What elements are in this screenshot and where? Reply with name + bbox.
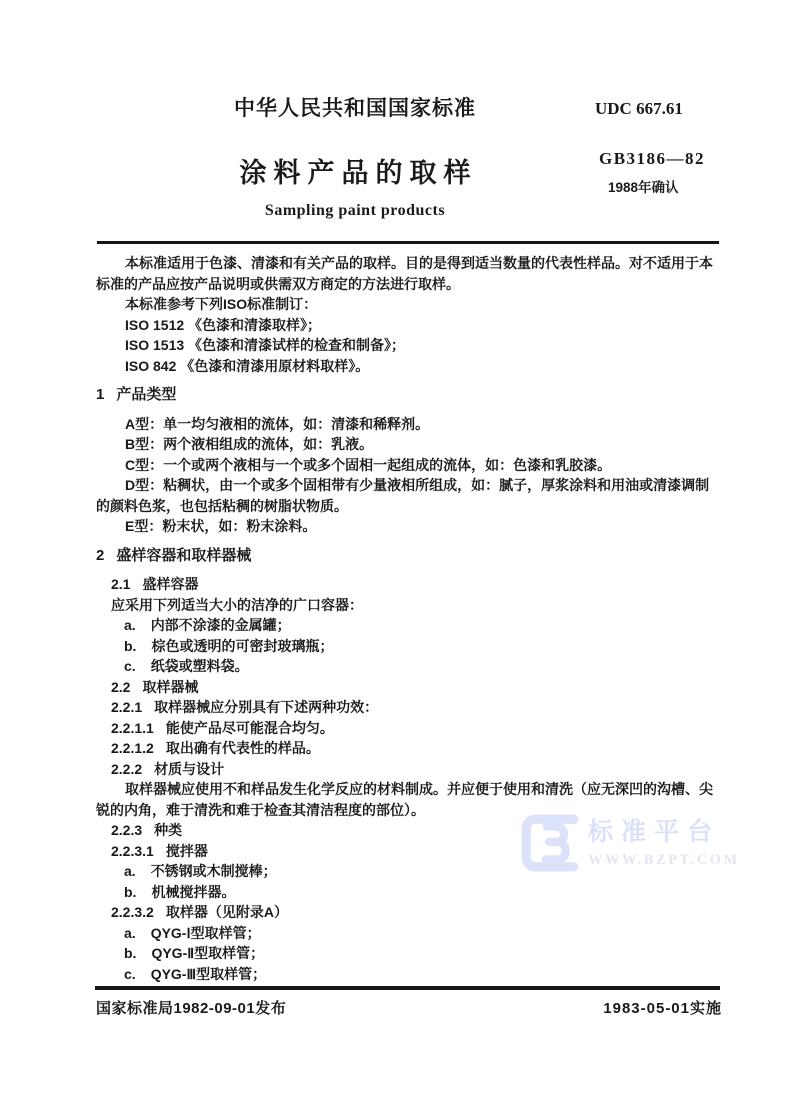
numbered-clause: 2.2.1.2取出确有代表性的样品。	[111, 738, 741, 759]
document-body: 本标准适用于色漆、清漆和有关产品的取样。目的是得到适当数量的代表性样品。对不适用…	[96, 253, 741, 984]
body-line: 本标准适用于色漆、清漆和有关产品的取样。目的是得到适当数量的代表性样品。对不适用…	[125, 253, 741, 274]
national-standard-title: 中华人民共和国国家标准	[130, 92, 580, 122]
document-title: 涂料产品的取样	[130, 151, 580, 190]
list-item: a.内部不涂漆的金属罐；	[124, 615, 741, 636]
body-line: 应采用下列适当大小的洁净的广口容器：	[111, 595, 741, 616]
udc-number: UDC 667.61	[595, 99, 683, 119]
watermark-name: 标准平台	[588, 812, 740, 848]
bzpt-logo-icon	[519, 812, 581, 874]
body-line: C型：一个或两个液相与一个或多个固相一起组成的流体，如：色漆和乳胶漆。	[125, 455, 741, 476]
numbered-clause: 2.2.3.2取样器（见附录A）	[111, 902, 741, 923]
implementation-date: 1983-05-01实施	[603, 997, 722, 1018]
body-line: E型：粉末状，如：粉末涂料。	[125, 516, 741, 537]
list-item: c.纸袋或塑料袋。	[124, 656, 741, 677]
standard-number: GB3186—82	[599, 149, 705, 169]
body-line: A型：单一均匀液相的流体，如：清漆和稀释剂。	[125, 414, 741, 435]
subsection-heading: 2.1盛样容器	[111, 574, 741, 595]
body-line: ISO 842 《色漆和清漆用原材料取样》。	[125, 356, 741, 377]
watermark-text: 标准平台 WWW.BZPT.COM	[588, 812, 740, 869]
section-heading: 1产品类型	[96, 385, 741, 406]
footer-divider	[95, 986, 720, 990]
document-title-english: Sampling paint products	[130, 202, 580, 220]
body-line: 取样器械应使用不和样品发生化学反应的材料制成。并应便于使用和清洗（应无深凹的沟槽…	[125, 779, 741, 800]
body-line: ISO 1512 《色漆和清漆取样》；	[125, 315, 741, 336]
watermark-url: WWW.BZPT.COM	[588, 852, 740, 869]
list-item: b.QYG-Ⅱ型取样管；	[124, 943, 741, 964]
body-line: 标准的产品应按产品说明或供需双方商定的方法进行取样。	[96, 274, 741, 295]
body-line: 的颜料色浆，也包括粘稠的树脂状物质。	[96, 496, 741, 517]
issue-date: 国家标准局1982-09-01发布	[96, 997, 286, 1018]
list-item: c.QYG-Ⅲ型取样管；	[124, 964, 741, 985]
document-page: 中华人民共和国国家标准 涂料产品的取样 Sampling paint produ…	[0, 0, 800, 1116]
header-divider	[97, 241, 719, 244]
confirmation-note: 1988年确认	[608, 176, 679, 196]
header: 中华人民共和国国家标准 涂料产品的取样 Sampling paint produ…	[130, 92, 580, 220]
body-line: ISO 1513 《色漆和清漆试样的检查和制备》；	[125, 335, 741, 356]
section-heading: 2盛样容器和取样器械	[96, 546, 741, 567]
list-item: a.QYG-Ⅰ型取样管；	[124, 923, 741, 944]
numbered-clause: 2.2.2材质与设计	[111, 759, 741, 780]
subsection-heading: 2.2取样器械	[111, 677, 741, 698]
body-line: 本标准参考下列ISO标准制订：	[125, 294, 741, 315]
list-item: b.机械搅拌器。	[124, 882, 741, 903]
body-line: B型：两个液相组成的流体，如：乳液。	[125, 434, 741, 455]
list-item: b.棕色或透明的可密封玻璃瓶；	[124, 636, 741, 657]
body-line: D型：粘稠状，由一个或多个固相带有少量液相所组成，如：腻子，厚浆涂料和用油或清漆…	[125, 475, 741, 496]
numbered-clause: 2.2.1取样器械应分别具有下述两种功效：	[111, 697, 741, 718]
watermark: 标准平台 WWW.BZPT.COM	[519, 812, 740, 874]
numbered-clause: 2.2.1.1能使产品尽可能混合均匀。	[111, 718, 741, 739]
